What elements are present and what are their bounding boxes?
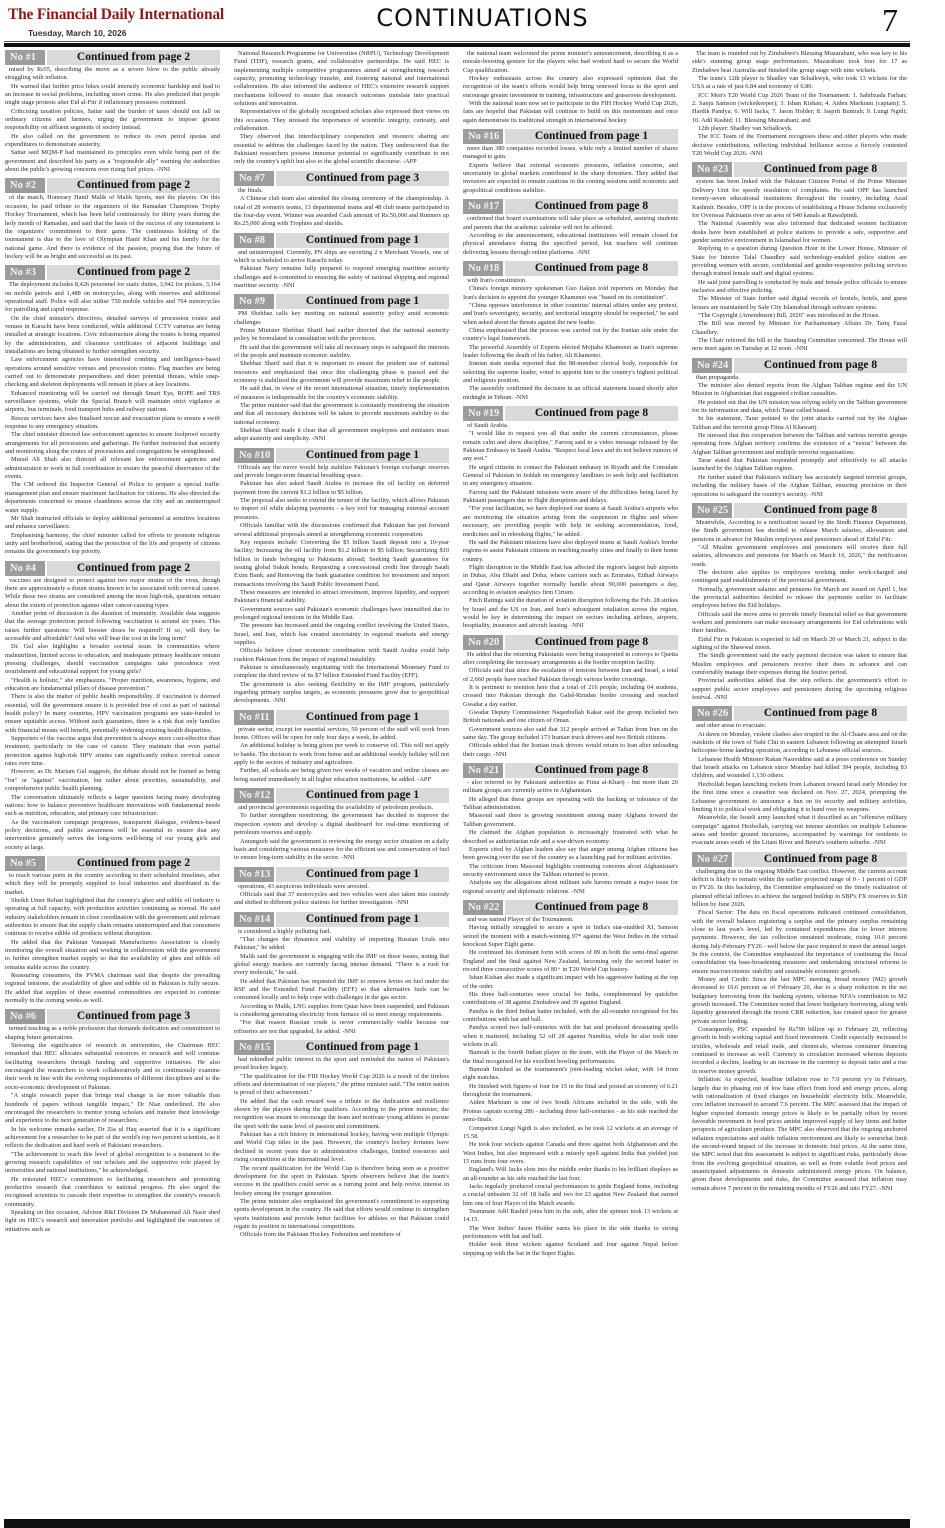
article-paragraph: The proposal also seeks to extend the te… <box>234 497 449 522</box>
article-paragraph: He pointed out that the UN mission was r… <box>692 399 907 416</box>
article-paragraph: PM Shehbaz calls key meeting on national… <box>234 310 449 327</box>
article-header: No #11Continued from page 1 <box>234 710 449 725</box>
article-paragraph: "For that reason Russian crude is never … <box>234 1019 449 1036</box>
article-paragraph: He urged citizens to contact the Pakista… <box>463 464 678 489</box>
article-paragraph: He claimed the Afghan population is incr… <box>463 829 678 846</box>
continued-from-label: Continued from page 2 <box>47 561 220 576</box>
footer-rule <box>4 1519 910 1528</box>
article-paragraph: Compatriot Lungi Ngidi is also included,… <box>463 1125 678 1142</box>
continued-from-label: Continued from page 8 <box>505 199 678 214</box>
article-paragraph: Dr. Gul also highlights a broader societ… <box>5 643 220 676</box>
article-paragraph: He said that, in view of the recent inte… <box>234 385 449 402</box>
article-paragraph: Pakistan has a rich history in internati… <box>234 1131 449 1164</box>
article-paragraph: The powerful Assembly of Experts elected… <box>463 344 678 361</box>
article-paragraph: Law enforcement agencies have intensifie… <box>5 356 220 389</box>
article-header: No #22Continued from page 8 <box>463 900 678 915</box>
article-paragraph: "The qualification for the FIH Hockey Wo… <box>234 1073 449 1098</box>
article-paragraph: The team's 12th player is Shadley van Sc… <box>692 75 907 92</box>
article-paragraph: Gwadar Deputy Commissioner Naqeebullah K… <box>463 709 678 726</box>
continuation-article: National Research Programme for Universi… <box>234 50 449 167</box>
article-paragraph: There is also the matter of public healt… <box>5 693 220 735</box>
article-paragraph: Key requests include: Converting the $5 … <box>234 539 449 589</box>
article-paragraph: The assembly confirmed the decision in a… <box>463 385 678 402</box>
continued-from-label: Continued from page 2 <box>47 265 220 280</box>
continuation-number-tag: No #19 <box>463 406 503 421</box>
article-paragraph: China's foreign ministry spokesman Guo J… <box>463 285 678 302</box>
article-paragraph: However, as Dr. Mariam Gul suggests, the… <box>5 768 220 793</box>
article-paragraph: - also referred to by Pakistani authorit… <box>463 779 678 796</box>
article-paragraph: Officials said the move aims to provide … <box>692 611 907 636</box>
article-paragraph: of Saudi Arabia. <box>463 422 678 430</box>
article-paragraph: Officials said that 37 motorcycles and t… <box>234 891 449 908</box>
article-paragraph: Another point of discussion is the durat… <box>5 610 220 643</box>
article-paragraph: Criticising taxation policies, Sattar sa… <box>5 108 220 133</box>
article-paragraph: more than 380 companies recorded losses,… <box>463 145 678 162</box>
masthead: The Financial Daily International Tuesda… <box>0 0 945 44</box>
article-paragraph: is considered a highly polluting fuel. <box>234 928 449 936</box>
article-paragraph: The criticism from Massoud highlights co… <box>463 863 678 880</box>
article-paragraph: Experts believe that external economic p… <box>463 162 678 195</box>
continuation-number-tag: No #15 <box>234 1040 274 1055</box>
article-header: No #19Continued from page 8 <box>463 406 678 421</box>
continued-from-label: Continued from page 3 <box>276 171 449 186</box>
continued-from-label: Continued from page 1 <box>505 129 678 144</box>
article-paragraph: the national team welcomed the prime min… <box>463 50 678 75</box>
article-paragraph: Stressing the significance of research i… <box>5 1042 220 1092</box>
article-paragraph: The decision also applies to employees w… <box>692 569 907 586</box>
article-header: No #12Continued from page 1 <box>234 788 449 803</box>
article-paragraph: Malik said the government is engaging wi… <box>234 953 449 978</box>
continuation-article: The team is rounded out by Zimbabwe's Bl… <box>692 50 907 158</box>
continuation-article: No #1Continued from page 2mised by Rs55,… <box>5 50 220 174</box>
article-header: No #20Continued from page 8 <box>463 635 678 650</box>
article-paragraph: Meanwhile, According to a notification i… <box>692 519 907 544</box>
article-paragraph: England's Will Jacks slots into the midd… <box>463 1166 678 1183</box>
continuation-number-tag: No #27 <box>692 852 732 867</box>
article-paragraph: They observed that interdisciplinary coo… <box>234 133 449 166</box>
article-paragraph: To further strengthen monitoring, the go… <box>234 812 449 837</box>
article-paragraph: vaccines are designed to protect against… <box>5 577 220 610</box>
article-paragraph: He said joint patrolling is conducted by… <box>692 279 907 296</box>
article-paragraph: He took four wickets against Canada and … <box>463 1141 678 1166</box>
article-paragraph: He further stated that Pakistan's milita… <box>692 474 907 499</box>
article-paragraph: "Health is holistic," she emphasizes. "P… <box>5 677 220 694</box>
continuation-article: No #5Continued from page 2to reach vario… <box>5 856 220 1006</box>
article-paragraph: In his statement, Tarar pointed to the j… <box>692 415 907 432</box>
continued-from-label: Continued from page 8 <box>505 406 678 421</box>
article-paragraph: The conversation ultimately reflects a l… <box>5 794 220 819</box>
continuation-number-tag: No #8 <box>234 233 274 248</box>
article-paragraph: His three half-centuries were crucial fo… <box>463 991 678 1008</box>
article-paragraph: Supporters of the vaccine argue that pre… <box>5 735 220 768</box>
article-paragraph: "A single research paper that brings rea… <box>5 1092 220 1125</box>
column-3: the national team welcomed the prime min… <box>463 50 678 1516</box>
article-header: No #21Continued from page 8 <box>463 763 678 778</box>
continuation-number-tag: No #4 <box>5 561 45 576</box>
article-header: No #15Continued from page 1 <box>234 1040 449 1055</box>
continuation-article: No #9Continued from page 1PM Shehbaz cal… <box>234 294 449 444</box>
article-paragraph: Shehbaz Sharif made it clear that all go… <box>234 427 449 444</box>
article-paragraph: The team is rounded out by Zimbabwe's Bl… <box>692 50 907 75</box>
continuation-article: No #17Continued from page 8confirmed tha… <box>463 199 678 257</box>
article-paragraph: He added that Pakistan has requested the… <box>234 978 449 1003</box>
continued-from-label: Continued from page 8 <box>734 706 907 721</box>
continuation-article: No #25Continued from page 8Meanwhile, Ac… <box>692 503 907 703</box>
article-paragraph: Money and Credit: Since the last MPC mee… <box>692 976 907 1026</box>
continuation-number-tag: No #16 <box>463 129 503 144</box>
article-paragraph: Bumrah finished as the tournament's join… <box>463 1066 678 1083</box>
article-paragraph: He added that the Pakistan Vanaspati Man… <box>5 939 220 972</box>
article-header: No #25Continued from page 8 <box>692 503 907 518</box>
article-paragraph: On the chief minister's directives, deta… <box>5 315 220 357</box>
continued-from-label: Continued from page 2 <box>47 856 220 871</box>
article-paragraph: Lebanese Health Minister Rakan Nasreddin… <box>692 756 907 781</box>
continuation-number-tag: No #20 <box>463 635 503 650</box>
article-paragraph: At dawn on Monday, violent clashes also … <box>692 731 907 756</box>
article-paragraph: of the match, Honorary Hanif Malik of Ma… <box>5 194 220 261</box>
article-paragraph: He said the Pakistani missions have also… <box>463 539 678 564</box>
article-paragraph: operations, 43 suspicious individuals we… <box>234 883 449 891</box>
article-paragraph: China emphasised that the process was ca… <box>463 327 678 344</box>
article-paragraph: and was named Player of the Tournament. <box>463 916 678 924</box>
article-paragraph: A Chinese club team also attended the cl… <box>234 195 449 228</box>
article-paragraph: Government sources said Pakistan's econo… <box>234 606 449 623</box>
article-paragraph: Hockey enthusiasts across the country al… <box>463 75 678 100</box>
column-1: No #1Continued from page 2mised by Rs55,… <box>5 50 220 1516</box>
continued-from-label: Continued from page 1 <box>276 448 449 463</box>
article-paragraph: He also called on the government to redu… <box>5 133 220 150</box>
continued-from-label: Continued from page 1 <box>276 788 449 803</box>
continued-from-label: Continued from page 1 <box>276 867 449 882</box>
article-paragraph: He reiterated HEC's commitment to facili… <box>5 1176 220 1209</box>
continuation-article: No #23Continued from page 8system has be… <box>692 162 907 353</box>
continuation-article: No #7Continued from page 3the finals.A C… <box>234 171 449 229</box>
article-paragraph: than propaganda. <box>692 374 907 382</box>
article-paragraph: He alleged that these groups are operati… <box>463 796 678 813</box>
article-header: No #26Continued from page 8 <box>692 706 907 721</box>
article-paragraph: He warned that further price hikes could… <box>5 83 220 108</box>
continuation-article: No #2Continued from page 2of the match, … <box>5 178 220 261</box>
article-header: No #9Continued from page 1 <box>234 294 449 309</box>
continuation-number-tag: No #23 <box>692 162 732 177</box>
article-paragraph: "For your facilitation, we have deployed… <box>463 505 678 538</box>
article-paragraph: Jacks regularly produced crucial perform… <box>463 1183 678 1208</box>
continuation-article: No #21Continued from page 8- also referr… <box>463 763 678 896</box>
article-paragraph: "The achievement to reach this level of … <box>5 1151 220 1176</box>
continuation-number-tag: No #9 <box>234 294 274 309</box>
article-paragraph: The prime minister said that the governm… <box>234 402 449 427</box>
article-paragraph: Fitch Ratings said the duration of aviat… <box>463 597 678 630</box>
continuation-number-tag: No #14 <box>234 912 274 927</box>
article-paragraph: Bumrah is the fourth Indian player in th… <box>463 1049 678 1066</box>
article-paragraph: Officials from the Pakistan Hockey Feder… <box>234 1231 449 1239</box>
article-paragraph: The Minister of State further said digit… <box>692 295 907 312</box>
header-rule-thin <box>4 41 910 42</box>
article-paragraph: Holder took three wickets against Scotla… <box>463 1241 678 1258</box>
continuation-number-tag: No #25 <box>692 503 732 518</box>
article-paragraph: National Research Programme for Universi… <box>234 50 449 108</box>
article-paragraph: He finished with figures of four for 15 … <box>463 1083 678 1100</box>
article-paragraph: Pakistan Navy remains fully prepared to … <box>234 265 449 290</box>
article-paragraph: ICC Men's T20 World Cup 2026 Team of the… <box>692 92 907 125</box>
article-paragraph: Officials familiar with the discussions … <box>234 522 449 539</box>
continuation-article: No #14Continued from page 1is considered… <box>234 912 449 1036</box>
article-paragraph: The ICC Team of the Tournament recognise… <box>692 133 907 158</box>
continued-from-label: Continued from page 8 <box>505 763 678 778</box>
article-paragraph: Hezbollah began launching rockets from L… <box>692 781 907 814</box>
continued-from-label: Continued from page 8 <box>734 503 907 518</box>
continuation-article: No #20Continued from page 8He added that… <box>463 635 678 759</box>
section-title: CONTINUATIONS <box>0 4 945 32</box>
article-paragraph: Sheikh Umer Rehan highlighted that the c… <box>5 897 220 939</box>
article-paragraph: Pakistan is simultaneously negotiating w… <box>234 664 449 681</box>
article-paragraph: Eidul Fitr in Pakistan is expected to fa… <box>692 636 907 653</box>
article-paragraph: Sattar said MQM-P had maintained its pri… <box>5 149 220 174</box>
article-paragraph: The minister also denied reports from th… <box>692 382 907 399</box>
article-paragraph: As the vaccination campaign progresses, … <box>5 819 220 852</box>
article-paragraph: Shehbaz Sharif said that it is important… <box>234 360 449 385</box>
continuation-article: No #27Continued from page 8challenging d… <box>692 852 907 1193</box>
continuation-number-tag: No #13 <box>234 867 274 882</box>
article-header: No #5Continued from page 2 <box>5 856 220 871</box>
continuation-article: No #15Continued from page 1had rekindled… <box>234 1040 449 1240</box>
continued-from-label: Continued from page 8 <box>734 162 907 177</box>
article-header: No #17Continued from page 8 <box>463 199 678 214</box>
article-paragraph: The Chair referred the bill to the Stand… <box>692 337 907 354</box>
continued-from-label: Continued from page 8 <box>505 635 678 650</box>
article-paragraph: Emphasising harmony, the chief minister … <box>5 532 220 557</box>
column-4: The team is rounded out by Zimbabwe's Bl… <box>692 50 907 1516</box>
article-paragraph: Normally, government salaries and pensio… <box>692 586 907 611</box>
article-header: No #4Continued from page 2 <box>5 561 220 576</box>
article-paragraph: According to the announcement, education… <box>463 232 678 257</box>
article-paragraph: mised by Rs55, describing the move as a … <box>5 66 220 83</box>
continuation-article: No #6Continued from page 3termed teachin… <box>5 1009 220 1234</box>
article-header: No #2Continued from page 2 <box>5 178 220 193</box>
article-paragraph: "All Muslim government employees and pen… <box>692 544 907 569</box>
continued-from-label: Continued from page 1 <box>276 233 449 248</box>
article-paragraph: Pandya is the third Indian batter includ… <box>463 1008 678 1025</box>
continued-from-label: Continued from page 8 <box>505 261 678 276</box>
article-paragraph: The CM ordered the Inspector General of … <box>5 481 220 514</box>
continuation-number-tag: No #18 <box>463 261 503 276</box>
article-header: No #14Continued from page 1 <box>234 912 449 927</box>
article-paragraph: Speaking on this occasion, Advisor R&I D… <box>5 1209 220 1234</box>
article-paragraph: Aiden Markram is one of two South Africa… <box>463 1099 678 1124</box>
article-paragraph: He added that the cash reward was a trib… <box>234 1098 449 1131</box>
continued-from-label: Continued from page 1 <box>276 294 449 309</box>
continuation-article: No #24Continued from page 8than propagan… <box>692 358 907 499</box>
article-paragraph: 12th player: Shadley van Schalkwyk. <box>692 125 907 133</box>
article-columns: No #1Continued from page 2mised by Rs55,… <box>5 50 910 1516</box>
continuation-article: No #26Continued from page 8and other are… <box>692 706 907 847</box>
article-paragraph: had rekindled public interest in the spo… <box>234 1056 449 1073</box>
article-paragraph: Officials believe closer economic coordi… <box>234 647 449 664</box>
article-paragraph: The West Indies' Jason Holder earns his … <box>463 1225 678 1242</box>
article-paragraph: The recent qualification for the World C… <box>234 1165 449 1198</box>
continuation-article: No #10Continued from page 1Officials say… <box>234 448 449 706</box>
article-paragraph: termed teaching as a noble profession th… <box>5 1025 220 1042</box>
article-paragraph: "China opposes interference in other cou… <box>463 302 678 327</box>
article-header: No #16Continued from page 1 <box>463 129 678 144</box>
article-header: No #27Continued from page 8 <box>692 852 907 867</box>
article-paragraph: Government sources also said that 312 pe… <box>463 726 678 743</box>
article-paragraph: Flight disruption in the Middle East has… <box>463 564 678 597</box>
article-header: No #1Continued from page 2 <box>5 50 220 65</box>
article-paragraph: Having initially struggled to secure a s… <box>463 924 678 949</box>
article-paragraph: Massoud said there is growing resentment… <box>463 812 678 829</box>
column-2: National Research Programme for Universi… <box>234 50 449 1516</box>
article-paragraph: According to Malik, LNG supplies from Qa… <box>234 1003 449 1020</box>
article-paragraph: Officials said that since the escalation… <box>463 667 678 684</box>
continued-from-label: Continued from page 8 <box>734 852 907 867</box>
article-paragraph: confirmed that board examinations will t… <box>463 215 678 232</box>
continuation-number-tag: No #5 <box>5 856 45 871</box>
continued-from-label: Continued from page 8 <box>734 358 907 373</box>
header-rule-thick <box>4 43 910 47</box>
article-paragraph: Tarar stated that Pakistan responded pro… <box>692 457 907 474</box>
continued-from-label: Continued from page 1 <box>276 710 449 725</box>
article-paragraph: Rescue services have also finalised resc… <box>5 415 220 432</box>
article-paragraph: Inflation: As expected, headline inflati… <box>692 1076 907 1193</box>
article-header: No #10Continued from page 1 <box>234 448 449 463</box>
article-paragraph: Replying to a question during Question H… <box>692 245 907 278</box>
article-header: No #24Continued from page 8 <box>692 358 907 373</box>
article-paragraph: with Iran's constitution. <box>463 277 678 285</box>
continuation-number-tag: No #26 <box>692 706 732 721</box>
continuation-article: No #12Continued from page 1and provincia… <box>234 788 449 862</box>
article-header: No #13Continued from page 1 <box>234 867 449 882</box>
continued-from-label: Continued from page 2 <box>47 178 220 193</box>
article-paragraph: Consequently, PSC expanded by Rs790 bill… <box>692 1026 907 1076</box>
continuation-number-tag: No #3 <box>5 265 45 280</box>
continuation-article: No #13Continued from page 1operations, 4… <box>234 867 449 908</box>
continuation-article: No #3Continued from page 2The deployment… <box>5 265 220 556</box>
continuation-number-tag: No #6 <box>5 1009 45 1024</box>
continued-from-label: Continued from page 8 <box>505 900 678 915</box>
article-paragraph: Iranian state media reported that the 88… <box>463 360 678 385</box>
continuation-article: No #8Continued from page 1and uninterrup… <box>234 233 449 291</box>
article-paragraph: Murad Ali Shah also directed all relevan… <box>5 456 220 481</box>
article-paragraph: It is pertinent to mention here that a t… <box>463 684 678 709</box>
article-paragraph: Further, all schools are being given two… <box>234 767 449 784</box>
article-paragraph: the finals. <box>234 187 449 195</box>
continued-from-label: Continued from page 1 <box>276 912 449 927</box>
continued-from-label: Continued from page 1 <box>276 1040 449 1055</box>
article-paragraph: The pressure has increased amid the ongo… <box>234 622 449 647</box>
article-paragraph: "The Copyright (Amendment) Bill, 2026" w… <box>692 312 907 320</box>
article-paragraph: and provincial governments regarding the… <box>234 804 449 812</box>
article-paragraph: to reach various ports in the country ac… <box>5 872 220 897</box>
continued-from-label: Continued from page 2 <box>47 50 220 65</box>
continuation-number-tag: No #24 <box>692 358 732 373</box>
article-paragraph: system has been linked with the Pakistan… <box>692 178 907 220</box>
continuation-number-tag: No #22 <box>463 900 503 915</box>
continuation-number-tag: No #1 <box>5 50 45 65</box>
page-number: 7 <box>882 2 898 39</box>
article-paragraph: Representatives of the globally recognis… <box>234 108 449 133</box>
continuation-article: No #18Continued from page 8with Iran's c… <box>463 261 678 402</box>
article-paragraph: He said that the government will take al… <box>234 344 449 361</box>
article-header: No #23Continued from page 8 <box>692 162 907 177</box>
article-paragraph: Ishan Kishan also made a significant imp… <box>463 974 678 991</box>
article-paragraph: The Sindh government said the early paym… <box>692 652 907 677</box>
article-paragraph: He added that the returning Pakistanis w… <box>463 651 678 668</box>
article-paragraph: Pakistan has also asked Saudi Arabia to … <box>234 480 449 497</box>
article-paragraph: Officials say the move would help stabil… <box>234 464 449 481</box>
article-paragraph: Officials added that the Iranian truck d… <box>463 742 678 759</box>
article-paragraph: private sector, except for essential ser… <box>234 726 449 743</box>
article-paragraph: With the national team now set to partic… <box>463 100 678 125</box>
article-header: No #3Continued from page 2 <box>5 265 220 280</box>
article-paragraph: He stressed that this cooperation betwee… <box>692 432 907 457</box>
article-paragraph: Teammate Adil Rashid joins him in the si… <box>463 1208 678 1225</box>
continuation-article: the national team welcomed the prime min… <box>463 50 678 125</box>
continuation-article: No #22Continued from page 8and was named… <box>463 900 678 1258</box>
article-paragraph: Experts cited by Afghan leaders also say… <box>463 846 678 863</box>
article-paragraph: The National Assembly was also informed … <box>692 220 907 245</box>
continuation-article: No #16Continued from page 1more than 380… <box>463 129 678 195</box>
article-paragraph: and other areas to evacuate. <box>692 722 907 730</box>
article-paragraph: Aurangzeb said the government is reviewi… <box>234 838 449 863</box>
continuation-number-tag: No #21 <box>463 763 503 778</box>
article-paragraph: Pandya scored two half-centuries with th… <box>463 1024 678 1049</box>
article-paragraph: "I would like to request you all that un… <box>463 430 678 463</box>
continuation-number-tag: No #12 <box>234 788 274 803</box>
article-paragraph: Meanwhile, the Israeli army launched wha… <box>692 814 907 847</box>
article-paragraph: Mr Shah instructed officials to deploy a… <box>5 515 220 532</box>
continuation-number-tag: No #17 <box>463 199 503 214</box>
article-header: No #8Continued from page 1 <box>234 233 449 248</box>
article-paragraph: Farooq said the Pakistani missions were … <box>463 489 678 506</box>
article-paragraph: Provincial authorities added that the st… <box>692 677 907 702</box>
article-header: No #18Continued from page 8 <box>463 261 678 276</box>
article-paragraph: These measures are intended to attract i… <box>234 589 449 606</box>
continuation-article: No #11Continued from page 1private secto… <box>234 710 449 784</box>
article-header: No #7Continued from page 3 <box>234 171 449 186</box>
article-paragraph: challenging due to the ongoing Middle Ea… <box>692 868 907 910</box>
continuation-number-tag: No #7 <box>234 171 274 186</box>
article-paragraph: The prime minister also emphasized the g… <box>234 1198 449 1231</box>
article-paragraph: The deployment includes 8,426 personnel … <box>5 281 220 314</box>
article-header: No #6Continued from page 3 <box>5 1009 220 1024</box>
continuation-number-tag: No #2 <box>5 178 45 193</box>
continued-from-label: Continued from page 3 <box>47 1009 220 1024</box>
continuation-article: No #19Continued from page 8of Saudi Arab… <box>463 406 678 631</box>
article-paragraph: In his welcome remarks earlier, Dr Zia u… <box>5 1126 220 1151</box>
article-paragraph: Enhanced monitoring will be carried out … <box>5 390 220 415</box>
article-paragraph: Prime Minister Shehbaz Sharif had earlie… <box>234 327 449 344</box>
continuation-number-tag: No #10 <box>234 448 274 463</box>
continuation-article: No #4Continued from page 2vaccines are d… <box>5 561 220 852</box>
article-paragraph: The Bill was moved by Minister for Parli… <box>692 320 907 337</box>
continuation-number-tag: No #11 <box>234 710 274 725</box>
article-paragraph: The chief minister directed law enforcem… <box>5 431 220 456</box>
article-paragraph: The government is also seeking flexibili… <box>234 681 449 706</box>
article-paragraph: Analysts say the allegations about milit… <box>463 879 678 896</box>
article-paragraph: and uninterrupted. Currently, PN ships a… <box>234 249 449 266</box>
article-paragraph: Reassuring consumers, the PVMA chairman … <box>5 972 220 1005</box>
article-paragraph: An additional holiday is being given per… <box>234 742 449 767</box>
article-paragraph: He continued his dominant form with scor… <box>463 949 678 974</box>
article-paragraph: "That changes the dynamics and viability… <box>234 936 449 953</box>
article-paragraph: Fiscal Sector: The data on fiscal operat… <box>692 909 907 976</box>
